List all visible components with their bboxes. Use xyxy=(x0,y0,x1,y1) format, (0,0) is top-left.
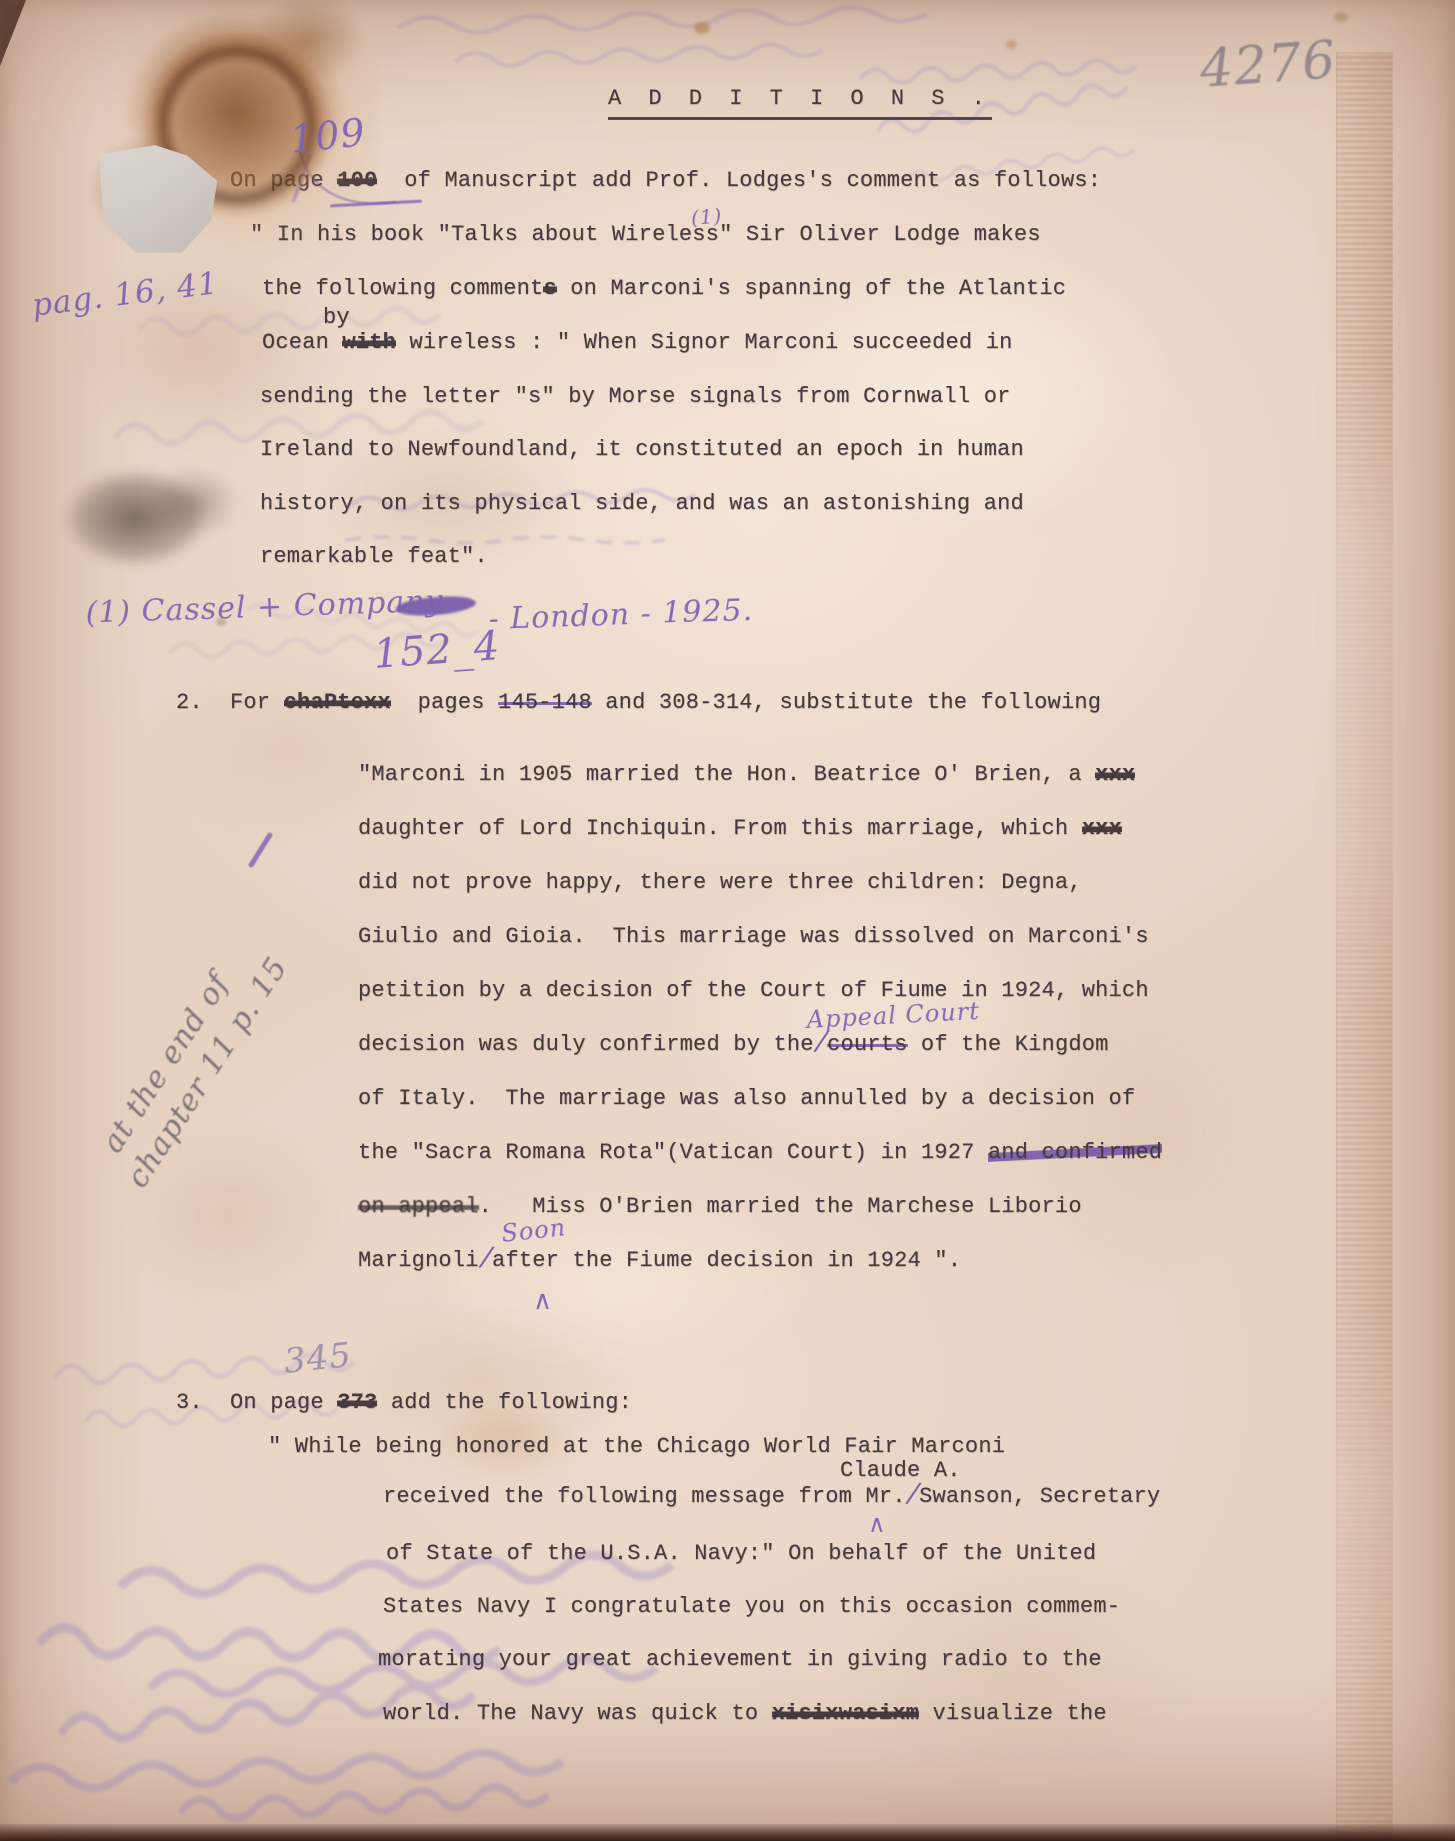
scan-edge-bottom xyxy=(0,1824,1455,1841)
scan-edge-corner xyxy=(0,0,26,66)
document-page: A D D I T I O N S .1.On page 100 of Manu… xyxy=(0,0,1455,1841)
tape-texture-band xyxy=(1336,52,1393,1841)
page-edges xyxy=(0,0,1455,1841)
